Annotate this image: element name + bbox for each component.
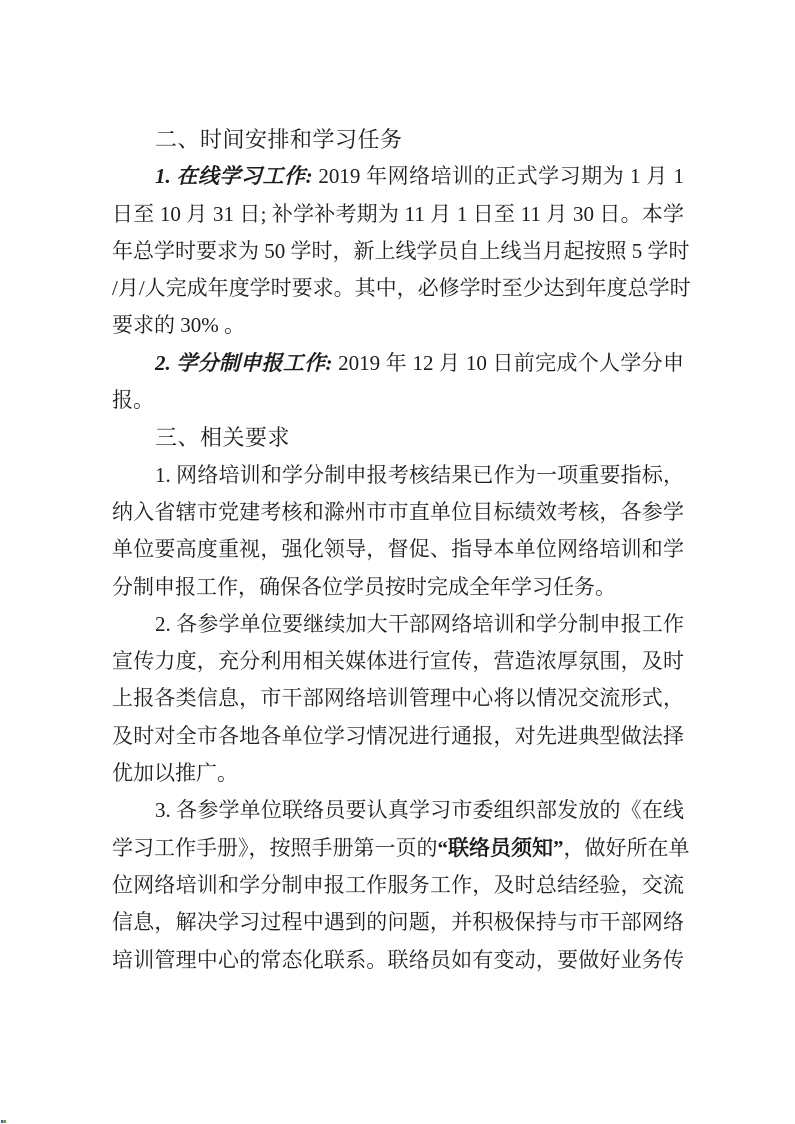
section-heading: 三、相关要求 — [112, 419, 684, 456]
text-run: 2019 年 12 月 10 日前完成个人学分申 — [338, 351, 684, 375]
text-line: 单位要高度重视，强化领导，督促、指导本单位网络培训和学 — [112, 531, 684, 568]
scan-artifact — [1, 1120, 6, 1123]
text-run: 要求的 30% 。 — [112, 313, 245, 337]
text-run-bold: “联络员须知” — [438, 836, 564, 860]
text-run: 及时对全市各地各单位学习情况进行通报，对先进典型做法择 — [112, 724, 684, 748]
text-run-bold-italic: 2. 学分制申报工作: — [155, 351, 338, 375]
text-line: 要求的 30% 。 — [112, 307, 684, 344]
text-line: 3. 各参学单位联络员要认真学习市委组织部发放的《在线 — [112, 792, 684, 829]
text-run: 分制申报工作，确保各位学员按时完成全年学习任务。 — [112, 575, 616, 599]
text-run: 日至 10 月 31 日; 补学补考期为 11 月 1 日至 11 月 30 日… — [112, 202, 684, 226]
text-line: 学习工作手册》，按照手册第一页的“联络员须知”，做好所在单 — [112, 830, 684, 867]
text-run: 1. 网络培训和学分制申报考核结果已作为一项重要指标， — [155, 463, 684, 487]
text-run: 信息，解决学习过程中遇到的问题，并积极保持与市干部网络 — [112, 910, 684, 934]
text-run: /月/人完成年度学时要求。其中，必修学时至少达到年度总学时 — [112, 276, 691, 300]
text-line: 2. 各参学单位要继续加大干部网络培训和学分制申报工作 — [112, 606, 684, 643]
section-heading: 二、时间安排和学习任务 — [112, 121, 684, 158]
text-run: 报。 — [112, 388, 154, 412]
text-line: 年总学时要求为 50 学时，新上线学员自上线当月起按照 5 学时 — [112, 233, 684, 270]
text-line: 纳入省辖市党建考核和滁州市市直单位目标绩效考核，各参学 — [112, 494, 684, 531]
text-run: 2019 年网络培训的正式学习期为 1 月 1 — [318, 164, 684, 188]
text-run: 三、相关要求 — [155, 425, 290, 450]
text-run: ，做好所在单 — [564, 836, 690, 860]
text-line: 日至 10 月 31 日; 补学补考期为 11 月 1 日至 11 月 30 日… — [112, 196, 684, 233]
text-run: 培训管理中心的常态化联系。联络员如有变动，要做好业务传 — [112, 948, 684, 972]
text-line: 优加以推广。 — [112, 755, 684, 792]
text-line: 位网络培训和学分制申报工作服务工作，及时总结经验，交流 — [112, 867, 684, 904]
text-line: 培训管理中心的常态化联系。联络员如有变动，要做好业务传 — [112, 942, 684, 979]
text-run: 优加以推广。 — [112, 761, 238, 785]
text-line: 1. 在线学习工作: 2019 年网络培训的正式学习期为 1 月 1 — [112, 158, 684, 195]
text-line: 宣传力度，充分利用相关媒体进行宣传，营造浓厚氛围，及时 — [112, 643, 684, 680]
text-run: 位网络培训和学分制申报工作服务工作，及时总结经验，交流 — [112, 873, 684, 897]
text-run: 单位要高度重视，强化领导，督促、指导本单位网络培训和学 — [112, 537, 684, 561]
text-run: 学习工作手册》，按照手册第一页的 — [112, 836, 438, 860]
text-line: /月/人完成年度学时要求。其中，必修学时至少达到年度总学时 — [112, 270, 684, 307]
document-body: 二、时间安排和学习任务1. 在线学习工作: 2019 年网络培训的正式学习期为 … — [112, 121, 684, 979]
text-run: 上报各类信息，市干部网络培训管理中心将以情况交流形式， — [112, 686, 684, 710]
text-run: 年总学时要求为 50 学时，新上线学员自上线当月起按照 5 学时 — [112, 239, 690, 263]
text-line: 分制申报工作，确保各位学员按时完成全年学习任务。 — [112, 569, 684, 606]
text-line: 1. 网络培训和学分制申报考核结果已作为一项重要指标， — [112, 457, 684, 494]
text-line: 上报各类信息，市干部网络培训管理中心将以情况交流形式， — [112, 680, 684, 717]
text-run: 2. 各参学单位要继续加大干部网络培训和学分制申报工作 — [155, 612, 684, 636]
text-run: 宣传力度，充分利用相关媒体进行宣传，营造浓厚氛围，及时 — [112, 649, 684, 673]
text-run-bold-italic: 1. 在线学习工作: — [155, 164, 318, 188]
text-run: 3. 各参学单位联络员要认真学习市委组织部发放的《在线 — [155, 798, 684, 822]
text-run: 纳入省辖市党建考核和滁州市市直单位目标绩效考核，各参学 — [112, 500, 684, 524]
text-line: 及时对全市各地各单位学习情况进行通报，对先进典型做法择 — [112, 718, 684, 755]
text-run: 二、时间安排和学习任务 — [155, 127, 403, 152]
document-page: 二、时间安排和学习任务1. 在线学习工作: 2019 年网络培训的正式学习期为 … — [0, 0, 795, 1124]
text-line: 报。 — [112, 382, 684, 419]
text-line: 2. 学分制申报工作: 2019 年 12 月 10 日前完成个人学分申 — [112, 345, 684, 382]
text-line: 信息，解决学习过程中遇到的问题，并积极保持与市干部网络 — [112, 904, 684, 941]
